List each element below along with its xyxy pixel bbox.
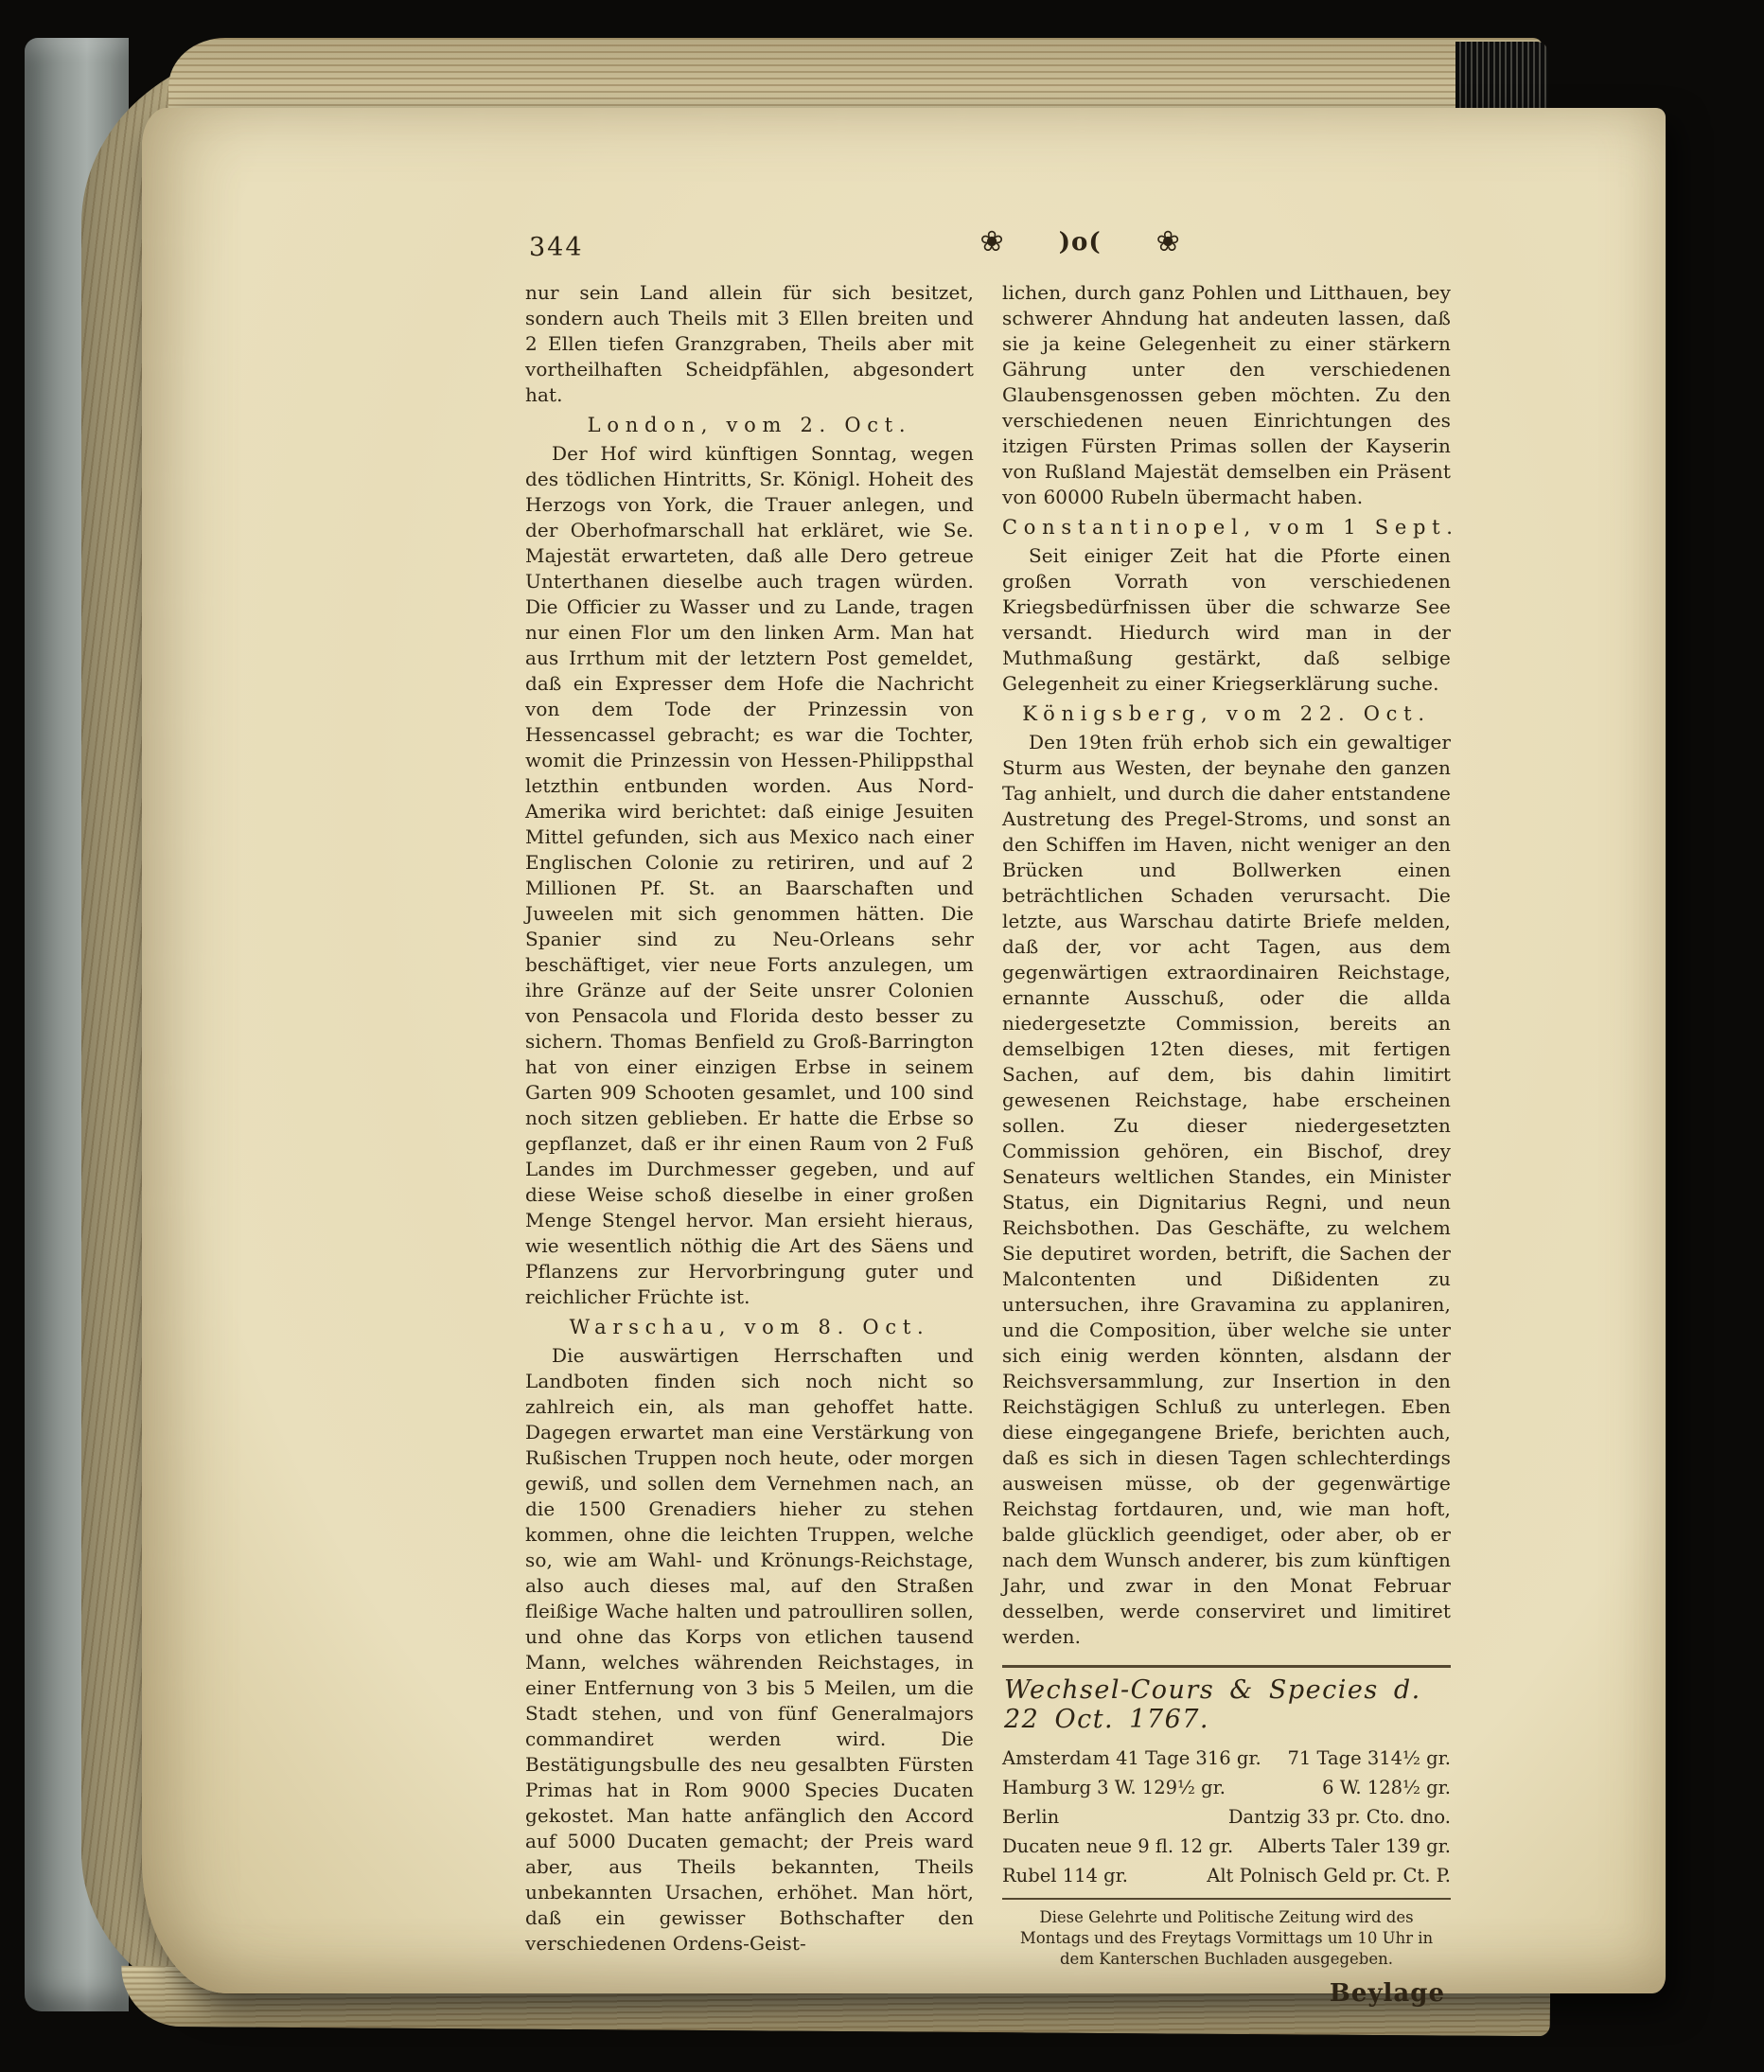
paragraph: Der Hof wird künftigen Sonntag, wegen de…: [525, 441, 974, 1310]
exchange-rate-cell-left: Amsterdam 41 Tage 316 gr.: [1002, 1744, 1261, 1773]
exchange-rate-cell-right: 71 Tage 314½ gr.: [1287, 1744, 1451, 1773]
newspaper-page: 344 ❀ )o( ❀ nur sein Land allein für sic…: [142, 108, 1666, 1993]
dateline-heading: London, vom 2. Oct.: [525, 414, 974, 436]
dateline-heading: Königsberg, vom 22. Oct.: [1002, 702, 1451, 725]
text-block: 344 ❀ )o( ❀ nur sein Land allein für sic…: [525, 220, 1451, 2008]
paragraph: Die auswärtigen Herrschaften und Landbot…: [525, 1343, 974, 1957]
column-separator-mark: )o(: [1059, 228, 1102, 257]
exchange-rate-row: Ducaten neue 9 fl. 12 gr. Alberts Taler …: [1002, 1832, 1451, 1861]
page-header: 344 ❀ )o( ❀: [525, 220, 1451, 280]
divider-rule: [1002, 1898, 1451, 1900]
paragraph: lichen, durch ganz Pohlen und Litthauen,…: [1002, 280, 1451, 510]
exchange-rates-title: Wechsel-Cours & Species d. 22 Oct. 1767.: [1002, 1668, 1451, 1744]
text-column-left: nur sein Land allein für sich besitzet, …: [525, 280, 974, 1957]
publication-notice: Diese Gelehrte und Politische Zeitung wi…: [1002, 1907, 1451, 1970]
paragraph: nur sein Land allein für sich besitzet, …: [525, 280, 974, 408]
two-column-layout: nur sein Land allein für sich besitzet, …: [525, 280, 1451, 2008]
exchange-rate-row: Hamburg 3 W. 129½ gr. 6 W. 128½ gr.: [1002, 1773, 1451, 1802]
exchange-rate-row: Rubel 114 gr. Alt Polnisch Geld pr. Ct. …: [1002, 1861, 1451, 1890]
exchange-rate-cell-left: Rubel 114 gr.: [1002, 1861, 1128, 1890]
book-photo: 344 ❀ )o( ❀ nur sein Land allein für sic…: [0, 0, 1764, 2072]
dateline-heading: Constantinopel, vom 1 Sept.: [1002, 516, 1451, 539]
exchange-rate-row: Berlin Dantzig 33 pr. Cto. dno.: [1002, 1802, 1451, 1832]
text-column-right: lichen, durch ganz Pohlen und Litthauen,…: [1002, 280, 1451, 2008]
exchange-rate-cell-left: Hamburg 3 W. 129½ gr.: [1002, 1773, 1226, 1802]
exchange-rate-cell-right: 6 W. 128½ gr.: [1322, 1773, 1451, 1802]
beylage-catchword: Beylage: [1002, 1979, 1451, 2008]
shell-ornament-icon: ❀: [1156, 225, 1180, 258]
exchange-rate-cell-left: Ducaten neue 9 fl. 12 gr.: [1002, 1832, 1233, 1861]
exchange-rate-row: Amsterdam 41 Tage 316 gr. 71 Tage 314½ g…: [1002, 1744, 1451, 1773]
exchange-rates-section: Wechsel-Cours & Species d. 22 Oct. 1767.…: [1002, 1665, 1451, 2008]
shell-ornament-icon: ❀: [980, 225, 1004, 258]
paragraph: Den 19ten früh erhob sich ein gewaltiger…: [1002, 730, 1451, 1650]
paragraph: Seit einiger Zeit hat die Pforte einen g…: [1002, 543, 1451, 697]
header-ornaments: ❀ )o( ❀: [980, 225, 1180, 258]
dateline-heading: Warschau, vom 8. Oct.: [525, 1316, 974, 1338]
page-number: 344: [529, 233, 584, 262]
exchange-rate-cell-right: Alberts Taler 139 gr.: [1259, 1832, 1451, 1861]
exchange-rate-cell-left: Berlin: [1002, 1802, 1059, 1832]
exchange-rate-cell-right: Alt Polnisch Geld pr. Ct. P.: [1207, 1861, 1451, 1890]
divider-rule: [1002, 1665, 1451, 1668]
exchange-rate-cell-right: Dantzig 33 pr. Cto. dno.: [1228, 1802, 1451, 1832]
